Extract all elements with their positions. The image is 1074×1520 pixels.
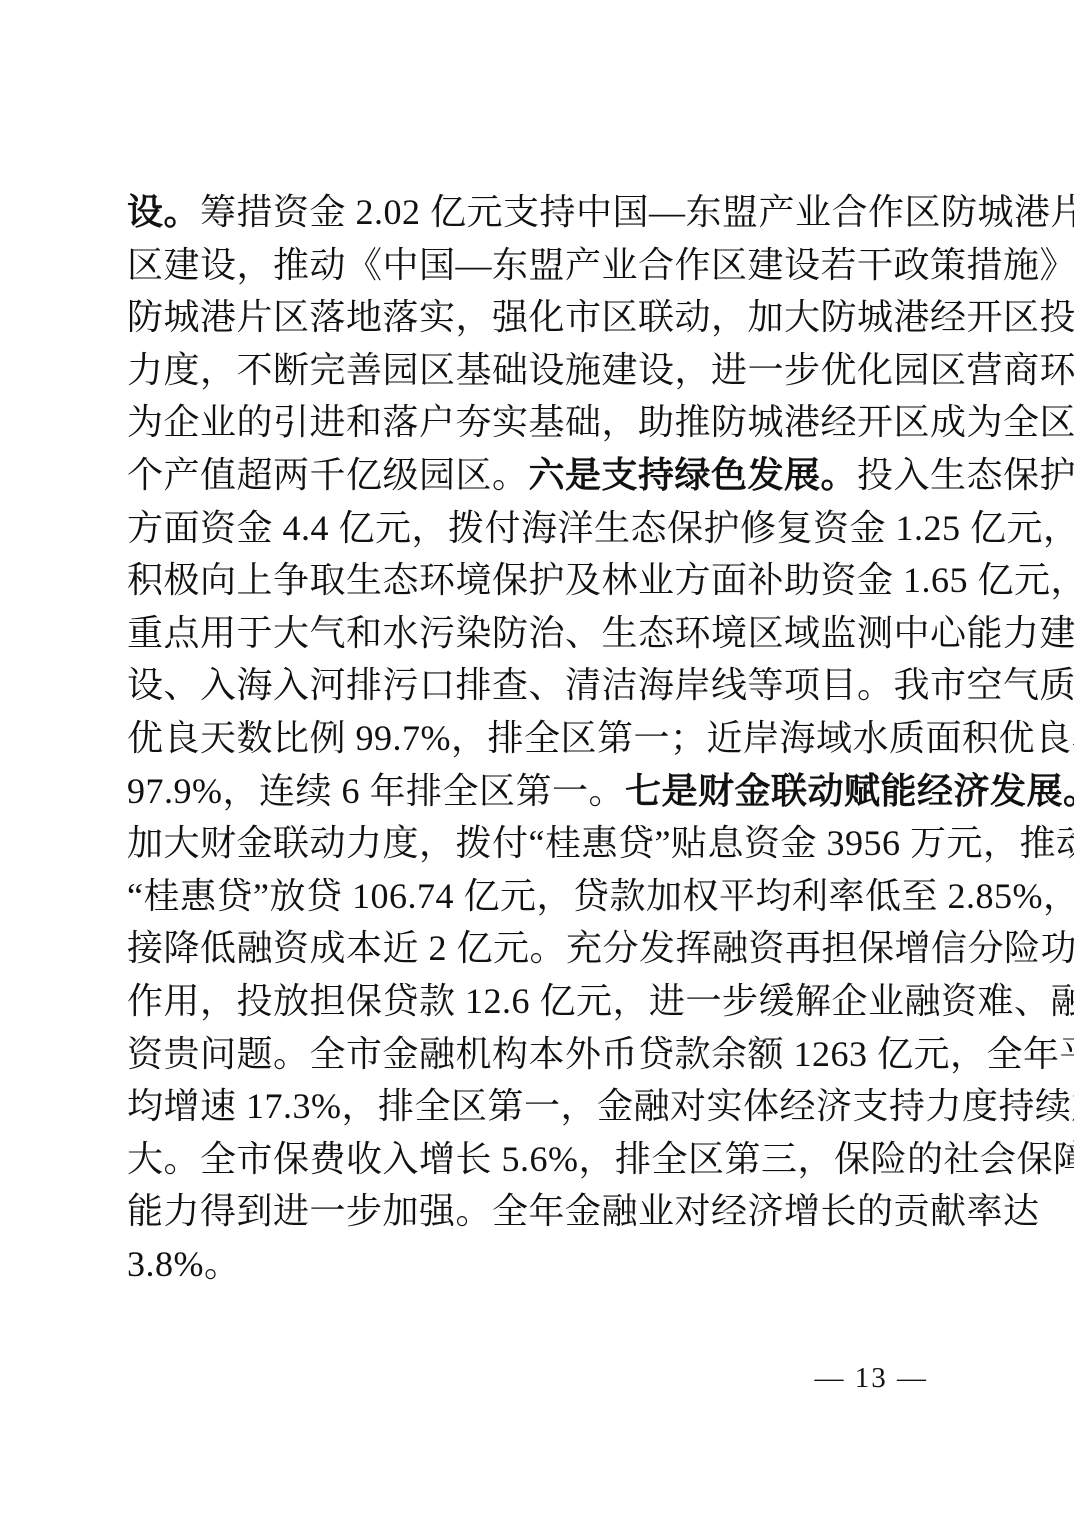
- body-text: 资贵问题。全市金融机构本外币贷款余额 1263 亿元，全年平: [127, 1034, 1074, 1074]
- body-text: 筹措资金 2.02 亿元支持中国—东盟产业合作区防城港片: [200, 192, 1074, 232]
- text-line: 设。筹措资金 2.02 亿元支持中国—东盟产业合作区防城港片: [127, 186, 949, 239]
- body-text: 均增速 17.3%，排全区第一，金融对实体经济支持力度持续加: [127, 1086, 1074, 1126]
- body-text: 力度，不断完善园区基础设施建设，进一步优化园区营商环境，: [127, 350, 1074, 390]
- document-body: 设。筹措资金 2.02 亿元支持中国—东盟产业合作区防城港片区建设，推动《中国—…: [127, 186, 949, 1290]
- body-text: 3.8%。: [127, 1244, 241, 1284]
- text-line: 为企业的引进和落户夯实基础，助推防城港经开区成为全区首: [127, 396, 949, 449]
- body-text: 作用，投放担保贷款 12.6 亿元，进一步缓解企业融资难、融: [127, 981, 1074, 1021]
- text-line: 3.8%。: [127, 1238, 949, 1291]
- body-text: 优良天数比例 99.7%，排全区第一；近岸海域水质面积优良率: [127, 718, 1074, 758]
- text-line: 设、入海入河排污口排查、清洁海岸线等项目。我市空气质量: [127, 659, 949, 712]
- body-text: 重点用于大气和水污染防治、生态环境区域监测中心能力建: [127, 613, 1074, 653]
- body-text: 加大财金联动力度，拨付“桂惠贷”贴息资金 3956 万元，推动: [127, 823, 1074, 863]
- emphasis-text: 七是财金联动赋能经济发展。: [625, 770, 1074, 811]
- text-line: 防城港片区落地落实，强化市区联动，加大防城港经开区投入: [127, 291, 949, 344]
- text-line: 积极向上争取生态环境保护及林业方面补助资金 1.65 亿元，: [127, 554, 949, 607]
- text-line: 均增速 17.3%，排全区第一，金融对实体经济支持力度持续加: [127, 1080, 949, 1133]
- text-line: 资贵问题。全市金融机构本外币贷款余额 1263 亿元，全年平: [127, 1028, 949, 1081]
- text-line: 区建设，推动《中国—东盟产业合作区建设若干政策措施》在: [127, 239, 949, 292]
- emphasis-text: 六是支持绿色发展。: [529, 454, 858, 495]
- body-text: “桂惠贷”放贷 106.74 亿元，贷款加权平均利率低至 2.85%，直: [127, 876, 1074, 916]
- text-line: 加大财金联动力度，拨付“桂惠贷”贴息资金 3956 万元，推动: [127, 817, 949, 870]
- body-text: 接降低融资成本近 2 亿元。充分发挥融资再担保增信分险功能: [127, 928, 1074, 968]
- text-line: 97.9%，连续 6 年排全区第一。七是财金联动赋能经济发展。: [127, 765, 949, 818]
- body-text: 积极向上争取生态环境保护及林业方面补助资金 1.65 亿元，: [127, 560, 1074, 600]
- body-text: 防城港片区落地落实，强化市区联动，加大防城港经开区投入: [127, 297, 1074, 337]
- text-line: 个产值超两千亿级园区。六是支持绿色发展。投入生态保护: [127, 449, 949, 502]
- body-text: 方面资金 4.4 亿元，拨付海洋生态保护修复资金 1.25 亿元，: [127, 508, 1074, 548]
- body-text: 大。全市保费收入增长 5.6%，排全区第三，保险的社会保障: [127, 1139, 1074, 1179]
- body-text: 97.9%，连续 6 年排全区第一。: [127, 771, 625, 811]
- text-line: 方面资金 4.4 亿元，拨付海洋生态保护修复资金 1.25 亿元，: [127, 502, 949, 555]
- body-text: 为企业的引进和落户夯实基础，助推防城港经开区成为全区首: [127, 402, 1074, 442]
- text-line: “桂惠贷”放贷 106.74 亿元，贷款加权平均利率低至 2.85%，直: [127, 870, 949, 923]
- body-text: 能力得到进一步加强。全年金融业对经济增长的贡献率达: [127, 1191, 1040, 1231]
- text-line: 大。全市保费收入增长 5.6%，排全区第三，保险的社会保障: [127, 1133, 949, 1186]
- body-text: 设、入海入河排污口排查、清洁海岸线等项目。我市空气质量: [127, 665, 1074, 705]
- text-line: 力度，不断完善园区基础设施建设，进一步优化园区营商环境，: [127, 344, 949, 397]
- document-page: 设。筹措资金 2.02 亿元支持中国—东盟产业合作区防城港片区建设，推动《中国—…: [0, 0, 1074, 1520]
- text-line: 作用，投放担保贷款 12.6 亿元，进一步缓解企业融资难、融: [127, 975, 949, 1028]
- body-text: 个产值超两千亿级园区。: [127, 455, 529, 495]
- page-number: — 13 —: [815, 1358, 929, 1398]
- text-line: 能力得到进一步加强。全年金融业对经济增长的贡献率达: [127, 1185, 949, 1238]
- text-line: 优良天数比例 99.7%，排全区第一；近岸海域水质面积优良率: [127, 712, 949, 765]
- text-line: 重点用于大气和水污染防治、生态环境区域监测中心能力建: [127, 607, 949, 660]
- body-text: 投入生态保护: [857, 455, 1074, 495]
- emphasis-text: 设。: [127, 191, 200, 232]
- body-text: 区建设，推动《中国—东盟产业合作区建设若干政策措施》在: [127, 245, 1074, 285]
- text-line: 接降低融资成本近 2 亿元。充分发挥融资再担保增信分险功能: [127, 922, 949, 975]
